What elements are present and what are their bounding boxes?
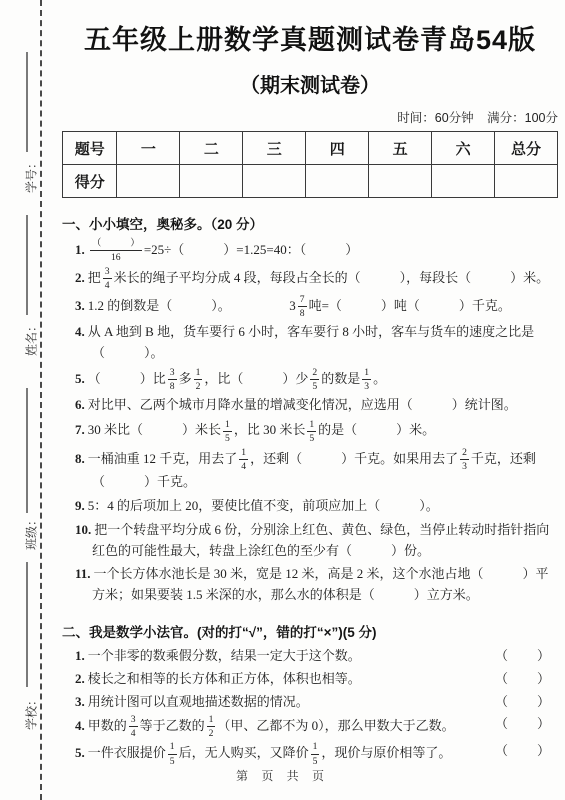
- section-2-heading: 二、我是数学小法官。(对的打“√”，错的打“×”)(5 分): [62, 621, 558, 641]
- question-text: 一个长方体水池长是 30 米，宽是 12 米，高是 2 米，这个水池占地（ ）平…: [92, 566, 549, 602]
- fraction: 15: [168, 741, 177, 766]
- student-info-line-4: [26, 562, 28, 687]
- judge-item-2: 2.棱长之和相等的长方体和正方体，体积也相等。 （ ）: [62, 669, 558, 690]
- col-3: 三: [243, 132, 306, 165]
- fraction: 13: [362, 367, 371, 392]
- fill-item-2: 2.把34米长的绳子平均分成 4 段，每段占全长的（ ），每段长（ ）米。: [62, 266, 558, 291]
- fraction: 34: [103, 266, 112, 291]
- fill-item-9: 9.5：4 的后项加上 20，要使比值不变，前项应加上（ ）。: [62, 496, 558, 517]
- score-cell: [306, 165, 369, 198]
- question-number: 11.: [75, 566, 91, 581]
- section-1-heading: 一、小小填空，奥秘多。（20 分）: [62, 213, 558, 233]
- col-1: 一: [117, 132, 180, 165]
- paper-content: 五年级上册数学真题测试卷青岛54版 （期末测试卷） 时间：60分钟 满分：100…: [62, 0, 558, 769]
- question-text: 1.一个非零的数乘假分数，结果一定大于这个数。: [75, 646, 489, 667]
- fill-item-4: 4.从 A 地到 B 地，货车要行 6 小时，客车要行 8 小时，客车与货车的速…: [62, 322, 558, 364]
- fraction: 14: [239, 447, 248, 472]
- question-text: 1.2 的倒数是（ ）。 378吨=（ ）吨（ ）千克。: [88, 298, 511, 313]
- question-number: 9.: [75, 498, 85, 513]
- score-cell: [432, 165, 495, 198]
- answer-blank: （ ）: [495, 714, 558, 739]
- fold-dashed-line: [40, 0, 42, 800]
- fraction: 12: [207, 714, 216, 739]
- col-5: 五: [369, 132, 432, 165]
- col-6: 六: [432, 132, 495, 165]
- fraction: 23: [460, 447, 469, 472]
- fraction: 15: [307, 419, 316, 444]
- question-text: （ ）比38多12，比（ ）少25的数是13。: [88, 371, 386, 386]
- fraction: 34: [129, 714, 138, 739]
- fill-item-8: 8.一桶油重 12 千克，用去了14，还剩（ ）千克。如果用去了23千克，还剩（…: [62, 447, 558, 493]
- answer-blank: （ ）: [495, 646, 558, 667]
- score-table-score-row: 得分: [63, 165, 558, 198]
- fraction: 38: [168, 367, 177, 392]
- question-number: 4.: [75, 324, 85, 339]
- judge-item-5: 5.一件衣服提价15后，无人购买，又降价15，现价与原价相等了。 （ ）: [62, 741, 558, 766]
- score-cell: [495, 165, 558, 198]
- judge-item-4: 4.甲数的34等于乙数的12（甲、乙都不为 0），那么甲数大于乙数。 （ ）: [62, 714, 558, 739]
- score-cell: [243, 165, 306, 198]
- question-text: （ ）16=25÷（ ）=1.25=40：（ ）: [88, 242, 358, 257]
- question-text: 把34米长的绳子平均分成 4 段，每段占全长的（ ），每段长（ ）米。: [88, 270, 549, 285]
- score-cell: [369, 165, 432, 198]
- question-text: 4.甲数的34等于乙数的12（甲、乙都不为 0），那么甲数大于乙数。: [75, 714, 489, 739]
- time-limit: 时间：60分钟: [397, 111, 473, 125]
- student-name-label: 姓名：: [23, 320, 40, 356]
- answer-blank: （ ）: [495, 692, 558, 713]
- question-number: 8.: [75, 451, 85, 466]
- fill-item-6: 6.对比甲、乙两个城市月降水量的增减变化情况，应选用（ ）统计图。: [62, 395, 558, 416]
- fraction: 15: [223, 419, 232, 444]
- fill-item-3: 3.1.2 的倒数是（ ）。 378吨=（ ）吨（ ）千克。: [62, 294, 558, 319]
- question-number: 7.: [75, 422, 85, 437]
- answer-blank: （ ）: [495, 669, 558, 690]
- fill-item-11: 11.一个长方体水池长是 30 米，宽是 12 米，高是 2 米，这个水池占地（…: [62, 564, 558, 606]
- question-number: 3.: [75, 694, 85, 709]
- exam-meta: 时间：60分钟 满分：100分: [62, 108, 558, 126]
- score-cell: [117, 165, 180, 198]
- fill-item-1: 1.（ ）16=25÷（ ）=1.25=40：（ ）: [62, 238, 558, 263]
- student-info-line-1: [26, 52, 28, 152]
- page-footer: 第 页 共 页: [0, 767, 565, 784]
- fraction: 12: [194, 367, 203, 392]
- question-text: 3.用统计图可以直观地描述数据的情况。: [75, 692, 489, 713]
- question-number: 6.: [75, 397, 85, 412]
- fraction: （ ）16: [90, 238, 142, 263]
- fill-item-7: 7.30 米比（ ）米长15，比 30 米长15的是（ ）米。: [62, 419, 558, 444]
- question-number: 4.: [75, 718, 85, 733]
- class-label: 班级：: [23, 514, 40, 550]
- test-paper-page: 学号： 姓名： 班级： 学校： 五年级上册数学真题测试卷青岛54版 （期末测试卷…: [0, 0, 565, 800]
- question-text: 5.一件衣服提价15后，无人购买，又降价15，现价与原价相等了。: [75, 741, 489, 766]
- col-total: 总分: [495, 132, 558, 165]
- fill-item-5: 5.（ ）比38多12，比（ ）少25的数是13。: [62, 367, 558, 392]
- question-number: 1.: [75, 242, 85, 257]
- score-cell: [180, 165, 243, 198]
- question-number: 1.: [75, 648, 85, 663]
- question-text: 从 A 地到 B 地，货车要行 6 小时，客车要行 8 小时，客车与货车的速度之…: [88, 324, 534, 360]
- question-number: 10.: [75, 522, 91, 537]
- fill-item-10: 10.把一个转盘平均分成 6 份，分别涂上红色、黄色、绿色，当停止转动时指针指向…: [62, 520, 558, 562]
- col-4: 四: [306, 132, 369, 165]
- score-table: 题号 一 二 三 四 五 六 总分 得分: [62, 131, 558, 198]
- question-text: 对比甲、乙两个城市月降水量的增减变化情况，应选用（ ）统计图。: [88, 397, 517, 412]
- question-number: 3.: [75, 298, 85, 313]
- page-title: 五年级上册数学真题测试卷青岛54版: [62, 18, 558, 57]
- page-subtitle: （期末测试卷）: [62, 69, 558, 98]
- col-2: 二: [180, 132, 243, 165]
- fraction: 15: [311, 741, 320, 766]
- question-text: 30 米比（ ）米长15，比 30 米长15的是（ ）米。: [88, 422, 435, 437]
- score-table-header-row: 题号 一 二 三 四 五 六 总分: [63, 132, 558, 165]
- question-no-header: 题号: [63, 132, 117, 165]
- question-text: 把一个转盘平均分成 6 份，分别涂上红色、黄色、绿色，当停止转动时指针指向红色的…: [92, 522, 549, 558]
- school-label: 学校：: [23, 694, 40, 730]
- fraction: 25: [310, 367, 319, 392]
- question-number: 2.: [75, 270, 85, 285]
- question-number: 2.: [75, 671, 85, 686]
- question-text: 5：4 的后项加上 20，要使比值不变，前项应加上（ ）。: [88, 498, 439, 513]
- answer-blank: （ ）: [495, 741, 558, 766]
- student-info-line-3: [26, 388, 28, 513]
- score-row-label: 得分: [63, 165, 117, 198]
- student-id-label: 学号：: [23, 157, 40, 193]
- question-number: 5.: [75, 745, 85, 760]
- judge-item-3: 3.用统计图可以直观地描述数据的情况。 （ ）: [62, 692, 558, 713]
- fraction: 78: [298, 294, 307, 319]
- question-text: 2.棱长之和相等的长方体和正方体，体积也相等。: [75, 669, 489, 690]
- question-text: 一桶油重 12 千克，用去了14，还剩（ ）千克。如果用去了23千克，还剩（ ）…: [88, 451, 536, 490]
- judge-item-1: 1.一个非零的数乘假分数，结果一定大于这个数。 （ ）: [62, 646, 558, 667]
- full-score: 满分：100分: [487, 111, 558, 125]
- question-number: 5.: [75, 371, 85, 386]
- student-info-line-2: [26, 215, 28, 315]
